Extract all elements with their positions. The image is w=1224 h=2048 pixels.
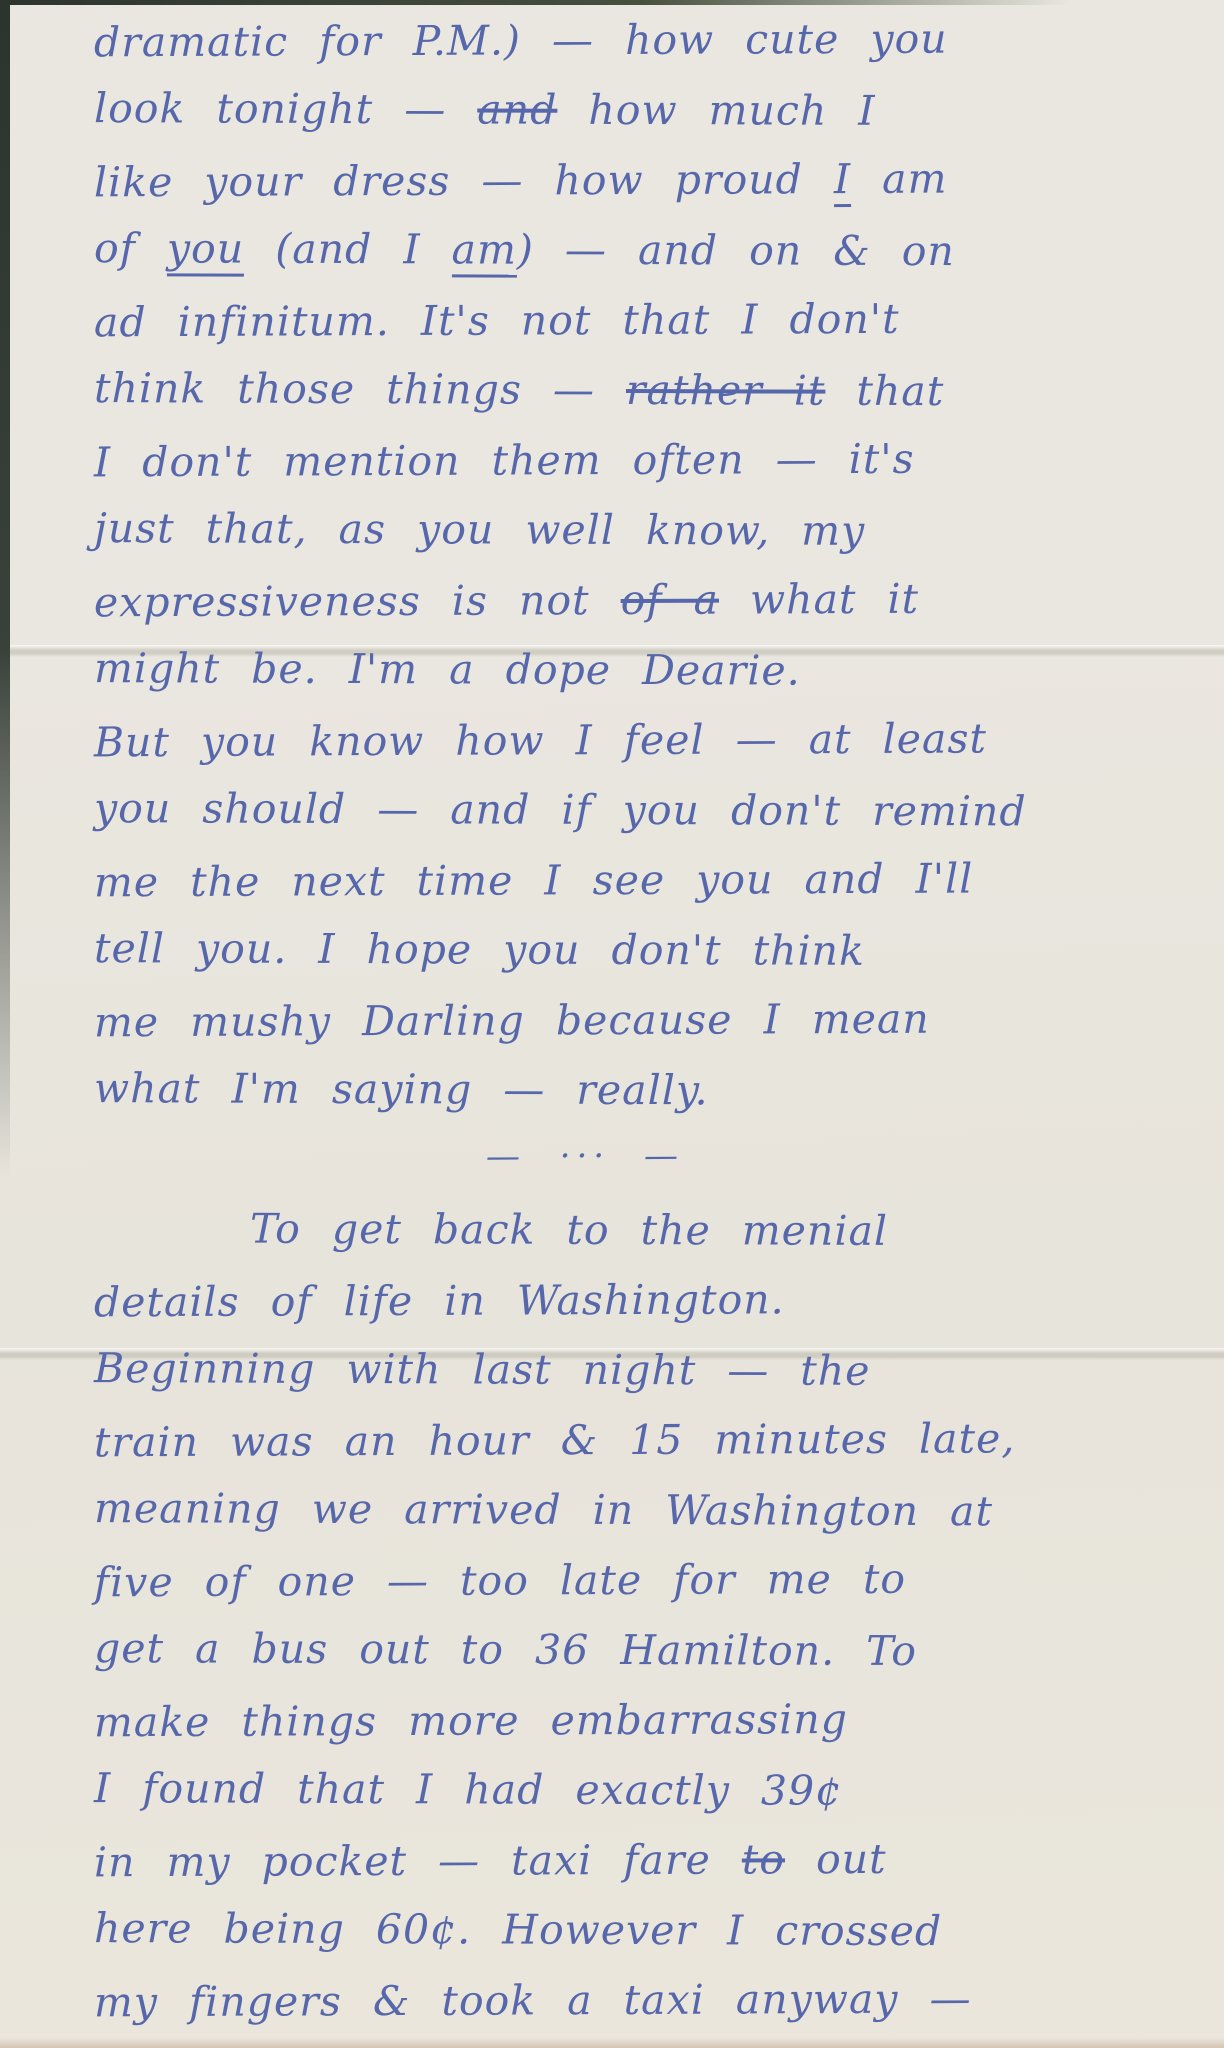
text-run: To get back to the menial: [250, 1205, 888, 1255]
text-run: think those things —: [94, 364, 626, 414]
text-run: expressiveness is not: [94, 576, 621, 626]
letter-line: details of life in Washington.: [94, 1274, 1168, 1349]
letter-lines: dramatic for P.M.) — how cute youlook to…: [94, 16, 1168, 2046]
scan-edge-bottom: [0, 2038, 1224, 2048]
struck-text: and: [477, 85, 557, 133]
text-run: in my pocket — taxi fare: [94, 1836, 742, 1887]
underlined-text: you: [167, 224, 244, 276]
letter-line: of you (and I am) — and on & on: [94, 224, 1168, 298]
letter-line: like your dress — how proud I am: [94, 154, 1168, 229]
text-run: make things more embarrassing: [94, 1695, 848, 1746]
section-divider: — ··· —: [94, 1134, 1168, 1209]
text-run: am: [851, 155, 948, 203]
text-run: get a bus out to 36 Hamilton. To: [94, 1624, 917, 1675]
text-run: train was an hour & 15 minutes late,: [94, 1414, 1016, 1466]
text-run: might be. I'm a dope Dearie.: [94, 644, 801, 694]
text-run: me mushy Darling because I mean: [94, 995, 930, 1047]
scan-edge-top: [0, 0, 1070, 5]
letter-line: think those things — rather it that: [94, 364, 1168, 438]
underlined-text: am: [452, 225, 518, 277]
letter-line: But you know how I feel — at least: [94, 714, 1168, 789]
letter-line: I don't mention them often — it's: [94, 434, 1168, 509]
struck-text: to: [742, 1835, 785, 1883]
text-run: meaning we arrived in Washington at: [94, 1484, 993, 1535]
letter-line: meaning we arrived in Washington at: [94, 1484, 1168, 1558]
letter-line: in my pocket — taxi fare to out: [94, 1834, 1168, 1909]
letter-line: I found that I had exactly 39¢: [94, 1764, 1168, 1838]
text-run: out: [785, 1835, 887, 1883]
text-run: you should — and if you don't remind: [94, 784, 1027, 835]
text-run: I found that I had exactly 39¢: [94, 1764, 842, 1815]
text-run: I don't mention them often — it's: [94, 435, 915, 487]
letter-line: here being 60¢. However I crossed: [94, 1904, 1168, 1978]
letter-line: what I'm saying — really.: [94, 1064, 1168, 1138]
letter-line: you should — and if you don't remind: [94, 784, 1168, 858]
text-run: — ··· —: [486, 1136, 684, 1177]
letter-line: just that, as you well know, my: [94, 504, 1168, 578]
text-run: (and I: [244, 225, 452, 274]
text-run: what it: [719, 575, 919, 624]
text-run: like your dress — how proud: [94, 155, 834, 206]
letter-line: To get back to the menial: [94, 1204, 1168, 1278]
text-run: how much I: [557, 86, 875, 135]
struck-text: of a: [621, 576, 720, 624]
text-run: of: [94, 224, 167, 272]
text-run: tell you. I hope you don't think: [94, 924, 865, 975]
text-run: details of life in Washington.: [94, 1275, 785, 1326]
letter-line: my fingers & took a taxi anyway —: [94, 1974, 1168, 2048]
letter-line: expressiveness is not of a what it: [94, 574, 1168, 649]
text-run: me the next time I see you and I'll: [94, 855, 974, 907]
text-run: that: [825, 367, 944, 415]
text-run: just that, as you well know, my: [94, 504, 865, 555]
letter-line: might be. I'm a dope Dearie.: [94, 644, 1168, 718]
letter-line: look tonight — and how much I: [94, 84, 1168, 158]
letter-line: me the next time I see you and I'll: [94, 854, 1168, 929]
letter-line: Beginning with last night — the: [94, 1344, 1168, 1418]
text-run: my fingers & took a taxi anyway —: [94, 1975, 972, 2027]
text-run: what I'm saying — really.: [94, 1064, 709, 1114]
letter-line: me mushy Darling because I mean: [94, 994, 1168, 1069]
letter-line: get a bus out to 36 Hamilton. To: [94, 1624, 1168, 1698]
letter-line: tell you. I hope you don't think: [94, 924, 1168, 998]
text-run: dramatic for P.M.) — how cute you: [94, 15, 948, 67]
letter-line: ad infinitum. It's not that I don't: [94, 294, 1168, 369]
text-run: Beginning with last night — the: [94, 1344, 871, 1395]
struck-text: rather it: [626, 366, 826, 415]
letter-line: dramatic for P.M.) — how cute you: [94, 14, 1168, 89]
letter-line: train was an hour & 15 minutes late,: [94, 1414, 1168, 1489]
text-run: But you know how I feel — at least: [94, 714, 987, 766]
text-run: here being 60¢. However I crossed: [94, 1904, 942, 1955]
letter-line: five of one — too late for me to: [94, 1554, 1168, 1629]
text-run: look tonight —: [94, 84, 477, 133]
underlined-text: I: [834, 155, 851, 207]
letter-line: make things more embarrassing: [94, 1694, 1168, 1769]
text-run: ) — and on & on: [517, 226, 955, 276]
letter-page: dramatic for P.M.) — how cute youlook to…: [0, 0, 1224, 2048]
text-run: five of one — too late for me to: [94, 1555, 906, 1607]
scan-edge-left: [0, 0, 10, 1180]
text-run: ad infinitum. It's not that I don't: [94, 295, 900, 347]
